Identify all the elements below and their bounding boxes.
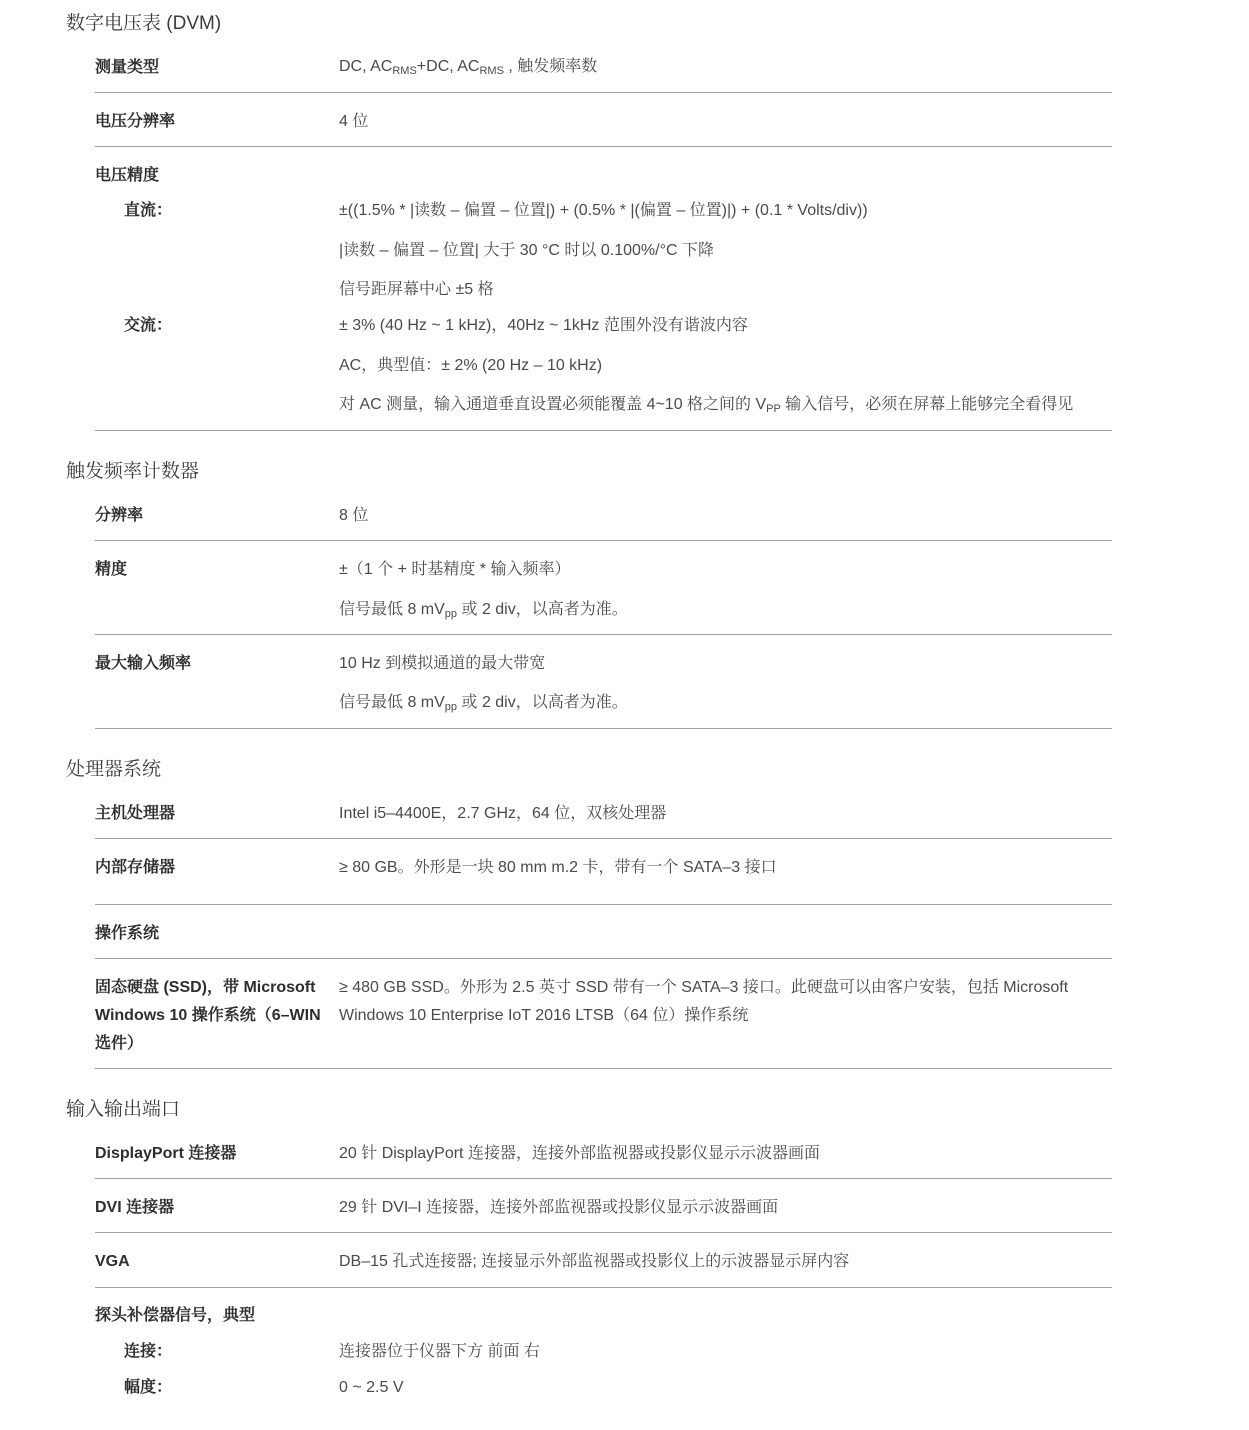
row-label-host-processor: 主机处理器 [95, 800, 175, 827]
sublabel-ac: 交流： [124, 315, 172, 337]
section-title-trigger-counter: 触发频率计数器 [66, 460, 199, 484]
divider [95, 1232, 1112, 1233]
divider [95, 838, 1112, 839]
ac-measurement-note: 对 AC 测量，输入通道垂直设置必须能覆盖 4~10 格之间的 VPP 输入信号… [339, 394, 1073, 416]
row-value-displayport: 20 针 DisplayPort 连接器，连接外部监视器或投影仪显示示波器画面 [339, 1143, 820, 1165]
row-note-max-input-frequency: 信号最低 8 mVpp 或 2 div，以高者为准。 [339, 692, 628, 714]
divider [95, 430, 1112, 431]
divider [95, 958, 1112, 959]
probe-connection-value: 连接器位于仪器下方 前面 右 [339, 1341, 540, 1363]
value-text: 信号最低 8 mV [339, 694, 445, 711]
divider [95, 92, 1112, 93]
row-label-accuracy: 精度 [95, 556, 127, 583]
divider [95, 1287, 1112, 1288]
value-text: DC, AC [339, 58, 392, 75]
row-label-voltage-accuracy: 电压精度 [95, 162, 159, 189]
value-text: +DC, AC [417, 58, 480, 75]
divider [95, 728, 1112, 729]
probe-amplitude-value: 0 ~ 2.5 V [339, 1377, 404, 1399]
row-label-displayport: DisplayPort 连接器 [95, 1140, 236, 1167]
row-value-voltage-resolution: 4 位 [339, 111, 368, 133]
subscript: PP [766, 403, 781, 415]
divider [95, 1178, 1112, 1179]
divider [95, 540, 1112, 541]
ac-accuracy: ± 3% (40 Hz ~ 1 kHz)，40Hz ~ 1kHz 范围外没有谐波… [339, 315, 748, 337]
subscript: RMS [479, 65, 503, 77]
row-label-vga: VGA [95, 1248, 130, 1275]
sublabel-dc: 直流： [124, 200, 172, 222]
subscript: pp [445, 608, 457, 620]
subscript: pp [445, 701, 457, 713]
value-text: 或 2 div，以高者为准。 [457, 694, 628, 711]
row-value-max-input-frequency: 10 Hz 到模拟通道的最大带宽 [339, 653, 545, 675]
subscript: RMS [392, 65, 416, 77]
section-title-io-ports: 输入输出端口 [66, 1098, 180, 1122]
sublabel-connection: 连接： [124, 1341, 172, 1363]
value-text: , 触发频率数 [504, 58, 597, 75]
row-value-resolution: 8 位 [339, 505, 368, 527]
row-value-host-processor: Intel i5–4400E，2.7 GHz，64 位，双核处理器 [339, 803, 666, 825]
value-text: 输入信号，必须在屏幕上能够完全看得见 [781, 396, 1073, 413]
row-label-dvi: DVI 连接器 [95, 1194, 174, 1221]
divider [95, 634, 1112, 635]
row-label-operating-system: 操作系统 [95, 920, 159, 947]
row-label-max-input-frequency: 最大输入频率 [95, 650, 191, 677]
divider [95, 146, 1112, 147]
row-value-internal-storage: ≥ 80 GB。外形是一块 80 mm m.2 卡，带有一个 SATA–3 接口 [339, 857, 777, 879]
section-title-dvm: 数字电压表 (DVM) [66, 12, 221, 36]
value-text: 对 AC 测量，输入通道垂直设置必须能覆盖 4~10 格之间的 V [339, 396, 766, 413]
row-label-voltage-resolution: 电压分辨率 [95, 108, 175, 135]
row-value-measurement-type: DC, ACRMS+DC, ACRMS , 触发频率数 [339, 56, 597, 78]
dc-accuracy-derating: |读数 – 偏置 – 位置| 大于 30 °C 时以 0.100%/°C 下降 [339, 240, 714, 262]
value-text: 或 2 div，以高者为准。 [457, 601, 628, 618]
divider [95, 1068, 1112, 1069]
row-label-measurement-type: 测量类型 [95, 54, 159, 81]
divider [95, 904, 1112, 905]
sublabel-amplitude: 幅度： [124, 1377, 172, 1399]
row-label-probe-compensator: 探头补偿器信号，典型 [95, 1302, 255, 1329]
row-label-ssd: 固态硬盘 (SSD)，带 Microsoft Windows 10 操作系统（6… [95, 974, 335, 1058]
row-value-vga: DB–15 孔式连接器; 连接显示外部监视器或投影仪上的示波器显示屏内容 [339, 1251, 849, 1273]
row-value-ssd: ≥ 480 GB SSD。外形为 2.5 英寸 SSD 带有一个 SATA–3 … [339, 974, 1114, 1030]
dc-accuracy-formula: ±((1.5% * |读数 – 偏置 – 位置|) + (0.5% * |(偏置… [339, 200, 868, 222]
section-title-processor: 处理器系统 [66, 758, 161, 782]
row-value-accuracy: ±（1 个 + 时基精度 * 输入频率） [339, 559, 570, 581]
row-value-dvi: 29 针 DVI–I 连接器，连接外部监视器或投影仪显示示波器画面 [339, 1197, 778, 1219]
row-note-accuracy: 信号最低 8 mVpp 或 2 div，以高者为准。 [339, 599, 628, 621]
ac-accuracy-typical: AC，典型值：± 2% (20 Hz – 10 kHz) [339, 355, 602, 377]
row-label-resolution: 分辨率 [95, 502, 143, 529]
value-text: 信号最低 8 mV [339, 601, 445, 618]
row-label-internal-storage: 内部存储器 [95, 854, 175, 881]
dc-accuracy-condition: 信号距屏幕中心 ±5 格 [339, 279, 494, 301]
